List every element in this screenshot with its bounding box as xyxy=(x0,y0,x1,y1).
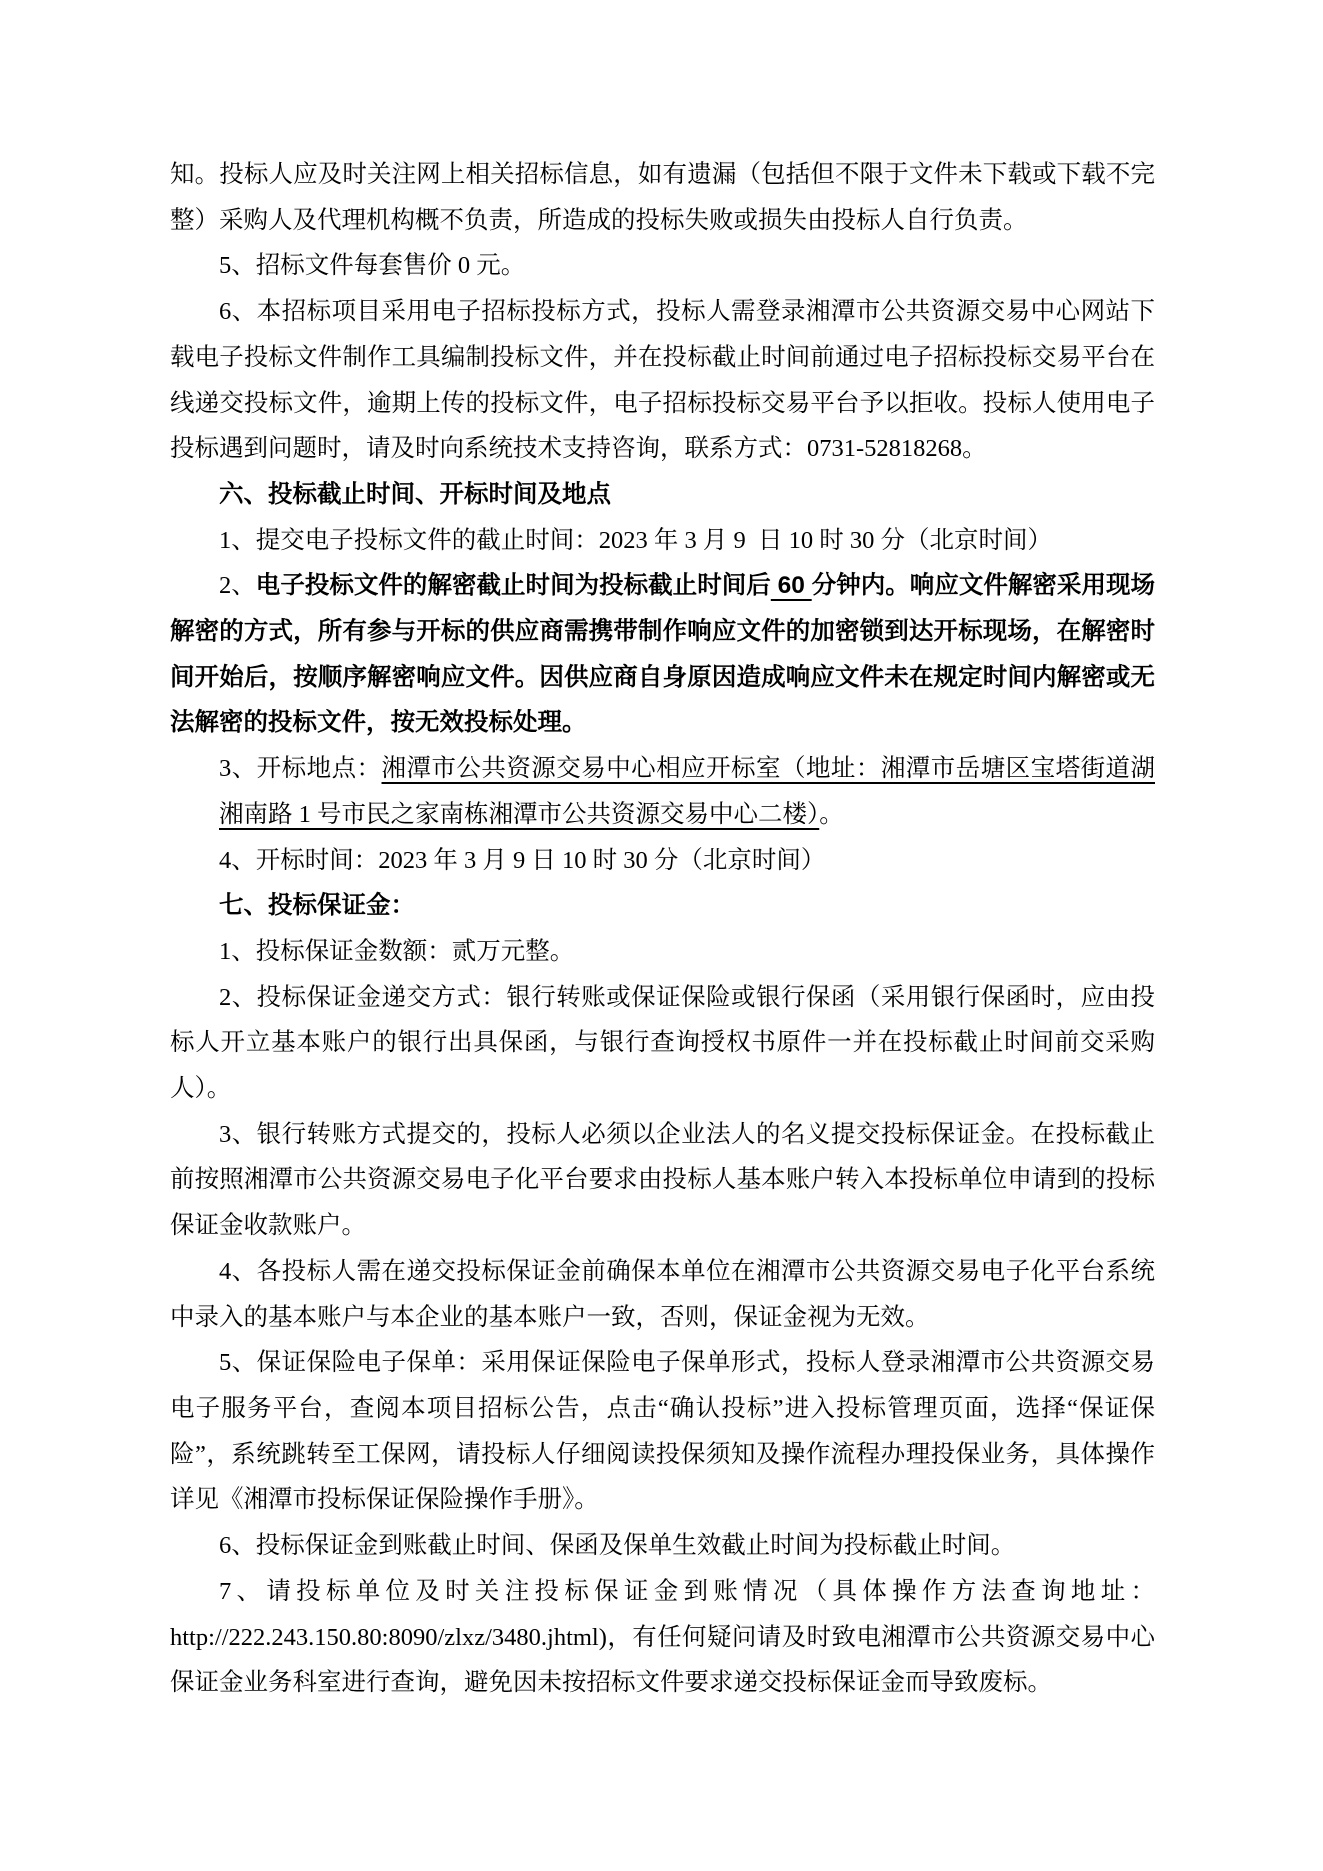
text-run: 3、开标地点： xyxy=(219,755,382,782)
item-1-submission-deadline: 1、提交电子投标文件的截止时间：2023 年 3 月 9 日 10 时 30 分… xyxy=(170,518,1155,564)
text-run: 5、保证保险电子保单：采用保证保险电子保单形式，投标人登录湘潭市公共资源交易电子… xyxy=(170,1349,1155,1513)
bold-text-run: 电子投标文件的解密截止时间为投标截止时间后 xyxy=(256,572,771,599)
item-5-insurance-policy: 5、保证保险电子保单：采用保证保险电子保单形式，投标人登录湘潭市公共资源交易电子… xyxy=(170,1340,1155,1523)
section-heading-6-deadline-opening: 六、投标截止时间、开标时间及地点 xyxy=(170,472,1155,518)
text-run: 1、投标保证金数额：贰万元整。 xyxy=(219,938,574,965)
document-body: 知。投标人应及时关注网上相关招标信息，如有遗漏（包括但不限于文件未下载或下载不完… xyxy=(170,152,1155,1706)
text-run: 5、招标文件每套售价 0 元。 xyxy=(219,252,525,279)
section-heading-7-bid-deposit: 七、投标保证金： xyxy=(170,883,1155,929)
item-2-decryption-deadline: 2、电子投标文件的解密截止时间为投标截止时间后 60 分钟内。响应文件解密采用现… xyxy=(170,563,1155,746)
text-run: 4、开标时间：2023 年 3 月 9 日 10 时 30 分（北京时间） xyxy=(219,847,825,874)
item-1-deposit-amount: 1、投标保证金数额：贰万元整。 xyxy=(170,929,1155,975)
text-run: 1、提交电子投标文件的截止时间：2023 年 3 月 9 日 10 时 30 分… xyxy=(219,527,1052,554)
text-run: 2、 xyxy=(219,572,256,599)
item-5-document-price: 5、招标文件每套售价 0 元。 xyxy=(170,243,1155,289)
text-run: 知。投标人应及时关注网上相关招标信息，如有遗漏（包括但不限于文件未下载或下载不完… xyxy=(170,161,1155,234)
document-page: 知。投标人应及时关注网上相关招标信息，如有遗漏（包括但不限于文件未下载或下载不完… xyxy=(0,0,1323,1871)
item-6-deposit-deadline: 6、投标保证金到账截止时间、保函及保单生效截止时间为投标截止时间。 xyxy=(170,1523,1155,1569)
text-run: 7、请投标单位及时关注投标保证金到账情况（具体操作方法查询地址： xyxy=(219,1578,1155,1605)
bold-text-run: 六、投标截止时间、开标时间及地点 xyxy=(219,481,611,508)
bold-text-run: 七、投标保证金： xyxy=(219,892,415,919)
item-4-account-consistency: 4、各投标人需在递交投标保证金前确保本单位在湘潭市公共资源交易电子化平台系统中录… xyxy=(170,1249,1155,1340)
item-6-electronic-bidding: 6、本招标项目采用电子招标投标方式，投标人需登录湘潭市公共资源交易中心网站下载电… xyxy=(170,289,1155,472)
underlined-text-run: 60 xyxy=(771,572,812,599)
text-run: 6、投标保证金到账截止时间、保函及保单生效截止时间为投标截止时间。 xyxy=(219,1532,1015,1559)
item-4-opening-time: 4、开标时间：2023 年 3 月 9 日 10 时 30 分（北京时间） xyxy=(170,838,1155,884)
text-run: 3、银行转账方式提交的，投标人必须以企业法人的名义提交投标保证金。在投标截止前按… xyxy=(170,1121,1155,1239)
notice-download-continuation: 知。投标人应及时关注网上相关招标信息，如有遗漏（包括但不限于文件未下载或下载不完… xyxy=(170,152,1155,243)
item-2-deposit-methods: 2、投标保证金递交方式：银行转账或保证保险或银行保函（采用银行保函时，应由投标人… xyxy=(170,975,1155,1112)
text-run: 6、本招标项目采用电子招标投标方式，投标人需登录湘潭市公共资源交易中心网站下载电… xyxy=(170,298,1155,462)
text-run: 2、投标保证金递交方式：银行转账或保证保险或银行保函（采用银行保函时，应由投标人… xyxy=(170,984,1155,1102)
text-run: http://222.243.150.80:8090/zlxz/3480.jht… xyxy=(170,1624,607,1651)
item-7-deposit-status: 7、请投标单位及时关注投标保证金到账情况（具体操作方法查询地址：http://2… xyxy=(170,1569,1155,1706)
item-3-opening-location: 3、开标地点：湘潭市公共资源交易中心相应开标室（地址：湘潭市岳塘区宝塔街道湖湘南… xyxy=(219,746,1155,837)
item-3-bank-transfer: 3、银行转账方式提交的，投标人必须以企业法人的名义提交投标保证金。在投标截止前按… xyxy=(170,1112,1155,1249)
text-run: 。 xyxy=(819,801,844,828)
text-run: 4、各投标人需在递交投标保证金前确保本单位在湘潭市公共资源交易电子化平台系统中录… xyxy=(170,1258,1155,1331)
